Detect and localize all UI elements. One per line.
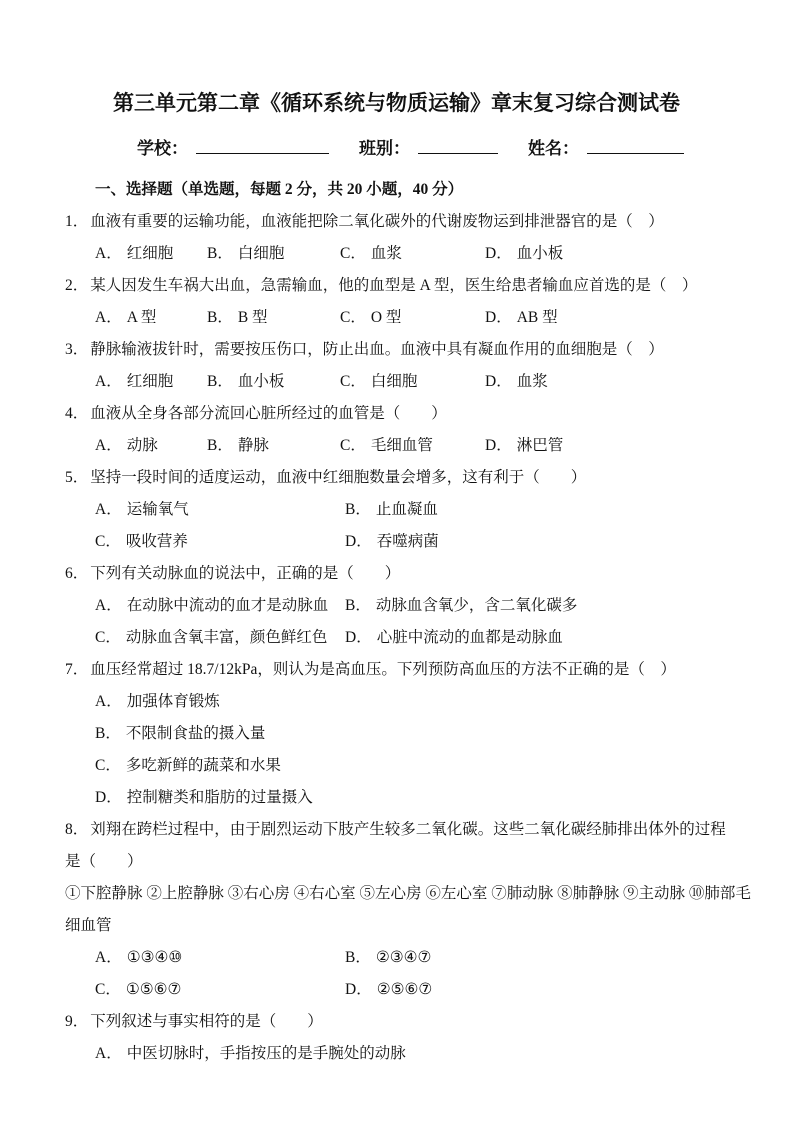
option: D．心脏中流动的血都是动脉血 [345, 622, 563, 654]
option-text: ①⑤⑥⑦ [126, 981, 182, 998]
option: C．①⑤⑥⑦ [95, 974, 181, 1006]
option-label: D． [345, 629, 372, 646]
question-block: 2．某人因发生车祸大出血，急需输血，他的血型是 A 型，医生给患者输血应首选的是… [65, 270, 728, 334]
option-text: 毛细血管 [371, 437, 433, 454]
option-text: A 型 [127, 309, 157, 326]
option-text: 止血凝血 [376, 501, 438, 518]
option: A．动脉 [95, 430, 158, 462]
option-label: B． [345, 501, 371, 518]
option: C．动脉血含氧丰富，颜色鲜红色 [95, 622, 327, 654]
options-row: A．在动脉中流动的血才是动脉血B．动脉血含氧少，含二氧化碳多 [65, 590, 728, 622]
option-label: A． [95, 373, 122, 390]
option: B．血小板 [207, 366, 284, 398]
option-text: 心脏中流动的血都是动脉血 [377, 629, 563, 646]
question-block: 9．下列叙述与事实相符的是（ ）A．中医切脉时，手指按压的是手腕处的动脉 [65, 1006, 728, 1070]
option-label: A． [95, 693, 122, 710]
option-text: 中医切脉时，手指按压的是手腕处的动脉 [127, 1045, 406, 1062]
question-number: 7． [65, 661, 88, 678]
option-label: A． [95, 597, 122, 614]
option-text: ②⑤⑥⑦ [377, 981, 433, 998]
option-label: C． [95, 629, 121, 646]
option-text: 白细胞 [238, 245, 285, 262]
exam-page: 第三单元第二章《循环系统与物质运输》章末复习综合测试卷 学校：班别：姓名： 一、… [0, 0, 793, 1122]
option: C．吸收营养 [95, 526, 188, 558]
option-label: A． [95, 949, 122, 966]
option-text: 吞噬病菌 [377, 533, 439, 550]
option-label: D． [485, 309, 512, 326]
option-text: 血小板 [517, 245, 564, 262]
options-row: A．红细胞B．白细胞C．血浆D．血小板 [65, 238, 728, 270]
option-label: B． [207, 373, 233, 390]
option-text: 动脉 [127, 437, 158, 454]
option-text: ②③④⑦ [376, 949, 432, 966]
question-number: 8． [65, 821, 88, 838]
option: B．不限制食盐的摄入量 [95, 718, 265, 750]
option-label: B． [207, 309, 233, 326]
question-text: 6．下列有关动脉血的说法中，正确的是（ ） [65, 558, 728, 590]
question-stem: 下列有关动脉血的说法中，正确的是（ ） [90, 565, 400, 582]
option-label: C． [340, 245, 366, 262]
option-text: 动脉血含氧少，含二氧化碳多 [376, 597, 578, 614]
option-text: 白细胞 [371, 373, 418, 390]
options-row: A．动脉B．静脉C．毛细血管D．淋巴管 [65, 430, 728, 462]
question-stem: 静脉输液拔针时，需要按压伤口，防止出血。血液中具有凝血作用的血细胞是（ ） [90, 341, 664, 358]
options-row: A．红细胞B．血小板C．白细胞D．血浆 [65, 366, 728, 398]
option: D．吞噬病菌 [345, 526, 439, 558]
option-text: 红细胞 [127, 373, 174, 390]
option-label: C． [95, 981, 121, 998]
option-label: A． [95, 437, 122, 454]
option: D．AB 型 [485, 302, 558, 334]
option-text: 加强体育锻炼 [127, 693, 220, 710]
option: A．运输氧气 [95, 494, 189, 526]
option-label: B． [345, 597, 371, 614]
option-text: 静脉 [238, 437, 269, 454]
option-text: 血小板 [238, 373, 285, 390]
question-text: 3．静脉输液拔针时，需要按压伤口，防止出血。血液中具有凝血作用的血细胞是（ ） [65, 334, 728, 366]
option-label: C． [340, 437, 366, 454]
option: D．控制糖类和脂肪的过量摄入 [95, 782, 313, 814]
question-number: 5． [65, 469, 88, 486]
option-label: D． [345, 533, 372, 550]
options-row: C．动脉血含氧丰富，颜色鲜红色D．心脏中流动的血都是动脉血 [65, 622, 728, 654]
question-block: 8．刘翔在跨栏过程中，由于剧烈运动下肢产生较多二氧化碳。这些二氧化碳经肺排出体外… [65, 814, 728, 1006]
name-label: 姓名： [528, 139, 579, 158]
school-label: 学校： [137, 139, 188, 158]
question-block: 5．坚持一段时间的适度运动，血液中红细胞数量会增多，这有利于（ ）A．运输氧气B… [65, 462, 728, 558]
option-label: B． [345, 949, 371, 966]
options-row: A．①③④⑩B．②③④⑦ [65, 942, 728, 974]
question-block: 1．血液有重要的运输功能，血液能把除二氧化碳外的代谢废物运到排泄器官的是（ ）A… [65, 206, 728, 270]
question-stem: 刘翔在跨栏过程中，由于剧烈运动下肢产生较多二氧化碳。这些二氧化碳经肺排出体外的过… [65, 821, 726, 870]
options-row: B．不限制食盐的摄入量 [65, 718, 728, 750]
options-row: A．运输氧气B．止血凝血 [65, 494, 728, 526]
option-label: C． [340, 309, 366, 326]
question-text: 8．刘翔在跨栏过程中，由于剧烈运动下肢产生较多二氧化碳。这些二氧化碳经肺排出体外… [65, 814, 728, 878]
class-label: 班别： [359, 139, 410, 158]
name-blank [587, 136, 684, 154]
question-stem: 血压经常超过 18.7/12kPa，则认为是高血压。下列预防高血压的方法不正确的… [90, 661, 676, 678]
section-heading: 一、选择题（单选题，每题 2 分，共 20 小题，40 分） [95, 174, 728, 206]
question-number: 9． [65, 1013, 88, 1030]
option: B．止血凝血 [345, 494, 438, 526]
question-text: 4．血液从全身各部分流回心脏所经过的血管是（ ） [65, 398, 728, 430]
option-text: 不限制食盐的摄入量 [126, 725, 266, 742]
option-text: O 型 [371, 309, 402, 326]
school-blank [196, 136, 329, 154]
question-text: 9．下列叙述与事实相符的是（ ） [65, 1006, 728, 1038]
options-row: C．①⑤⑥⑦D．②⑤⑥⑦ [65, 974, 728, 1006]
option: A．在动脉中流动的血才是动脉血 [95, 590, 328, 622]
option-label: D． [485, 437, 512, 454]
option: D．血小板 [485, 238, 563, 270]
question-number: 6． [65, 565, 88, 582]
option: C．白细胞 [340, 366, 417, 398]
question-block: 3．静脉输液拔针时，需要按压伤口，防止出血。血液中具有凝血作用的血细胞是（ ）A… [65, 334, 728, 398]
question-number: 1． [65, 213, 88, 230]
option-label: A． [95, 309, 122, 326]
option-text: 运输氧气 [127, 501, 189, 518]
question-number: 2． [65, 277, 88, 294]
option-label: C． [340, 373, 366, 390]
option-text: 多吃新鲜的蔬菜和水果 [126, 757, 281, 774]
option: B．动脉血含氧少，含二氧化碳多 [345, 590, 577, 622]
question-text: 1．血液有重要的运输功能，血液能把除二氧化碳外的代谢废物运到排泄器官的是（ ） [65, 206, 728, 238]
option-text: 血浆 [371, 245, 402, 262]
option: D．②⑤⑥⑦ [345, 974, 432, 1006]
question-stem: 坚持一段时间的适度运动，血液中红细胞数量会增多，这有利于（ ） [90, 469, 586, 486]
option-label: B． [95, 725, 121, 742]
question-block: 6．下列有关动脉血的说法中，正确的是（ ）A．在动脉中流动的血才是动脉血B．动脉… [65, 558, 728, 654]
option: B．B 型 [207, 302, 268, 334]
option-text: 淋巴管 [517, 437, 564, 454]
options-row: C．多吃新鲜的蔬菜和水果 [65, 750, 728, 782]
option: B．静脉 [207, 430, 269, 462]
question-text: 2．某人因发生车祸大出血，急需输血，他的血型是 A 型，医生给患者输血应首选的是… [65, 270, 728, 302]
option: C．血浆 [340, 238, 402, 270]
option-text: AB 型 [517, 309, 558, 326]
option-label: B． [207, 245, 233, 262]
question-stem: 某人因发生车祸大出血，急需输血，他的血型是 A 型，医生给患者输血应首选的是（ … [90, 277, 697, 294]
option-label: D． [485, 245, 512, 262]
option: D．淋巴管 [485, 430, 563, 462]
option: D．血浆 [485, 366, 548, 398]
option: A．红细胞 [95, 238, 173, 270]
option-text: 红细胞 [127, 245, 174, 262]
question-number: 3． [65, 341, 88, 358]
option: B．白细胞 [207, 238, 284, 270]
option-label: D． [95, 789, 122, 806]
question-text: 7．血压经常超过 18.7/12kPa，则认为是高血压。下列预防高血压的方法不正… [65, 654, 728, 686]
option: A．中医切脉时，手指按压的是手腕处的动脉 [95, 1038, 406, 1070]
question-stem: 下列叙述与事实相符的是（ ） [90, 1013, 323, 1030]
question-block: 4．血液从全身各部分流回心脏所经过的血管是（ ）A．动脉B．静脉C．毛细血管D．… [65, 398, 728, 462]
question-stem: 血液从全身各部分流回心脏所经过的血管是（ ） [90, 405, 447, 422]
question-note: ①下腔静脉 ②上腔静脉 ③右心房 ④右心室 ⑤左心房 ⑥左心室 ⑦肺动脉 ⑧肺静… [65, 878, 752, 942]
option-label: A． [95, 1045, 122, 1062]
options-row: A．加强体育锻炼 [65, 686, 728, 718]
option: C．O 型 [340, 302, 401, 334]
question-block: 7．血压经常超过 18.7/12kPa，则认为是高血压。下列预防高血压的方法不正… [65, 654, 728, 814]
option-text: 动脉血含氧丰富，颜色鲜红色 [126, 629, 328, 646]
option: C．毛细血管 [340, 430, 433, 462]
question-text: 5．坚持一段时间的适度运动，血液中红细胞数量会增多，这有利于（ ） [65, 462, 728, 494]
option-label: C． [95, 757, 121, 774]
option: A．红细胞 [95, 366, 173, 398]
option-text: B 型 [238, 309, 268, 326]
option-text: ①③④⑩ [127, 949, 183, 966]
option: C．多吃新鲜的蔬菜和水果 [95, 750, 281, 782]
option: A．A 型 [95, 302, 156, 334]
option-label: C． [95, 533, 121, 550]
options-row: D．控制糖类和脂肪的过量摄入 [65, 782, 728, 814]
student-info-line: 学校：班别：姓名： [137, 134, 728, 164]
page-title: 第三单元第二章《循环系统与物质运输》章末复习综合测试卷 [65, 86, 728, 120]
option-text: 吸收营养 [126, 533, 188, 550]
question-number: 4． [65, 405, 88, 422]
option-text: 血浆 [517, 373, 548, 390]
options-row: C．吸收营养D．吞噬病菌 [65, 526, 728, 558]
option-label: D． [485, 373, 512, 390]
option-label: A． [95, 245, 122, 262]
class-blank [418, 136, 498, 154]
option: B．②③④⑦ [345, 942, 431, 974]
options-row: A．A 型B．B 型C．O 型D．AB 型 [65, 302, 728, 334]
questions-container: 1．血液有重要的运输功能，血液能把除二氧化碳外的代谢废物运到排泄器官的是（ ）A… [65, 206, 728, 1070]
option-label: B． [207, 437, 233, 454]
option: A．①③④⑩ [95, 942, 182, 974]
option-text: 在动脉中流动的血才是动脉血 [127, 597, 329, 614]
option-text: 控制糖类和脂肪的过量摄入 [127, 789, 313, 806]
question-stem: 血液有重要的运输功能，血液能把除二氧化碳外的代谢废物运到排泄器官的是（ ） [90, 213, 664, 230]
option-label: A． [95, 501, 122, 518]
option-label: D． [345, 981, 372, 998]
option: A．加强体育锻炼 [95, 686, 220, 718]
options-row: A．中医切脉时，手指按压的是手腕处的动脉 [65, 1038, 728, 1070]
